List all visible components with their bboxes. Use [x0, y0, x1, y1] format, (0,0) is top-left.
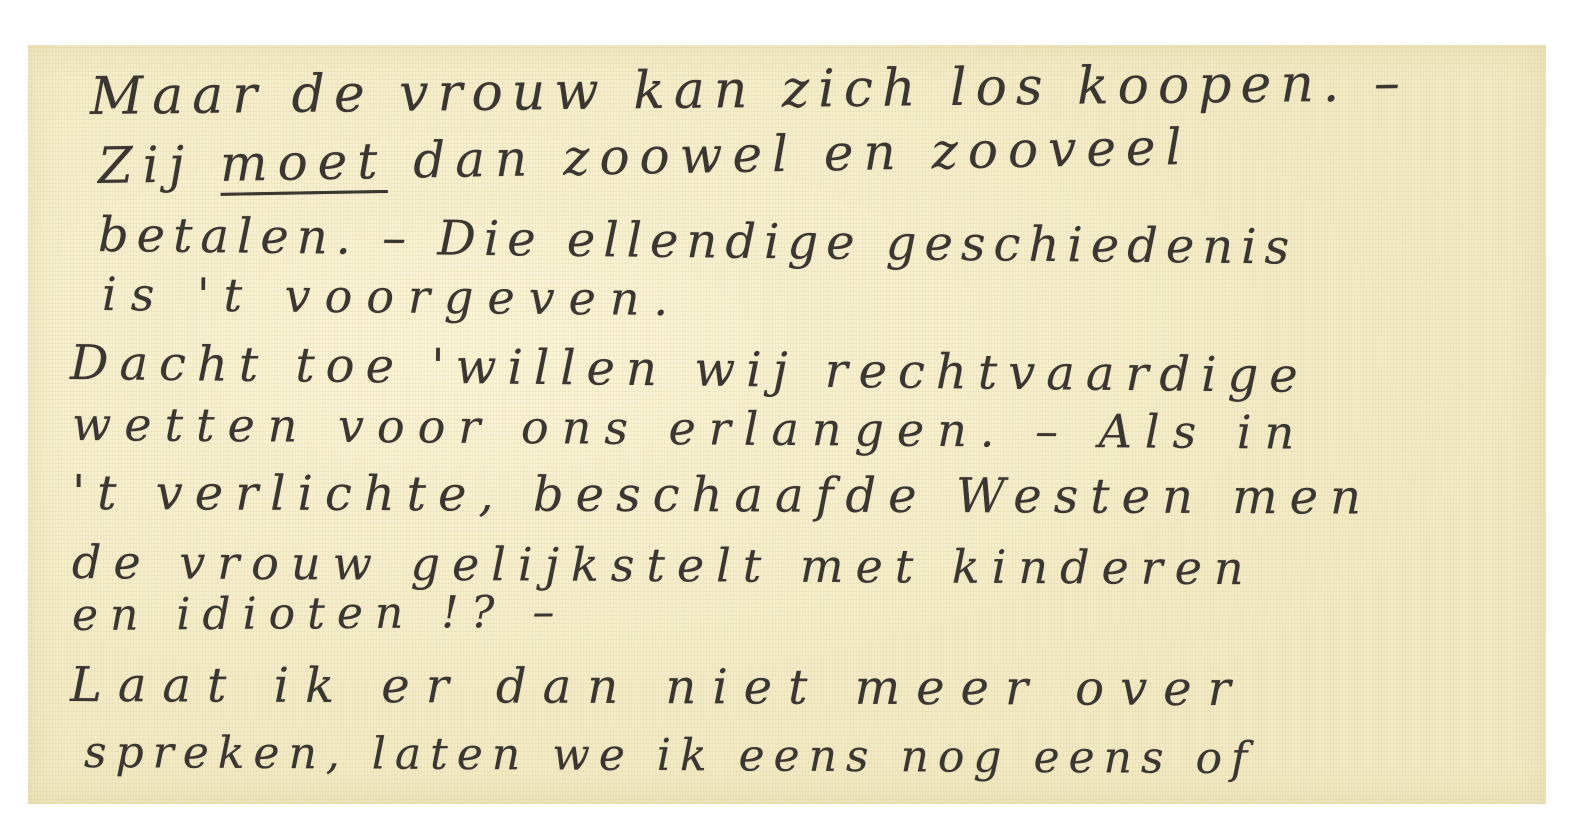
- handwritten-line-10: Laat ik er dan niet meer over: [70, 657, 1247, 717]
- handwritten-line-5: Dacht toe 'willen wij rechtvaardige: [70, 335, 1309, 404]
- handwritten-line-4: is 't voorgeven.: [102, 267, 683, 326]
- handwritten-line-2: Zij moet dan zoowel en zooveel: [97, 118, 1191, 195]
- underlined-word: moet: [220, 132, 388, 193]
- line-2-pre: Zij: [97, 135, 220, 195]
- handwritten-line-11: spreken, laten we ik eens nog eens of: [84, 727, 1257, 784]
- handwritten-line-8: de vrouw gelijkstelt met kinderen: [72, 535, 1256, 595]
- handwritten-line-7: 't verlichte, beschaafde Westen men: [72, 465, 1373, 526]
- letter-page: Maar de vrouw kan zich los koopen. – Zij…: [28, 45, 1546, 804]
- handwritten-line-1: Maar de vrouw kan zich los koopen. –: [90, 53, 1409, 127]
- line-2-post: dan zoowel en zooveel: [387, 118, 1192, 190]
- handwritten-line-6: wetten voor ons erlangen. – Als in: [72, 397, 1308, 460]
- handwritten-line-9: en idioten !? –: [72, 587, 567, 641]
- handwritten-line-3: betalen. – Die ellendige geschiedenis: [98, 207, 1298, 276]
